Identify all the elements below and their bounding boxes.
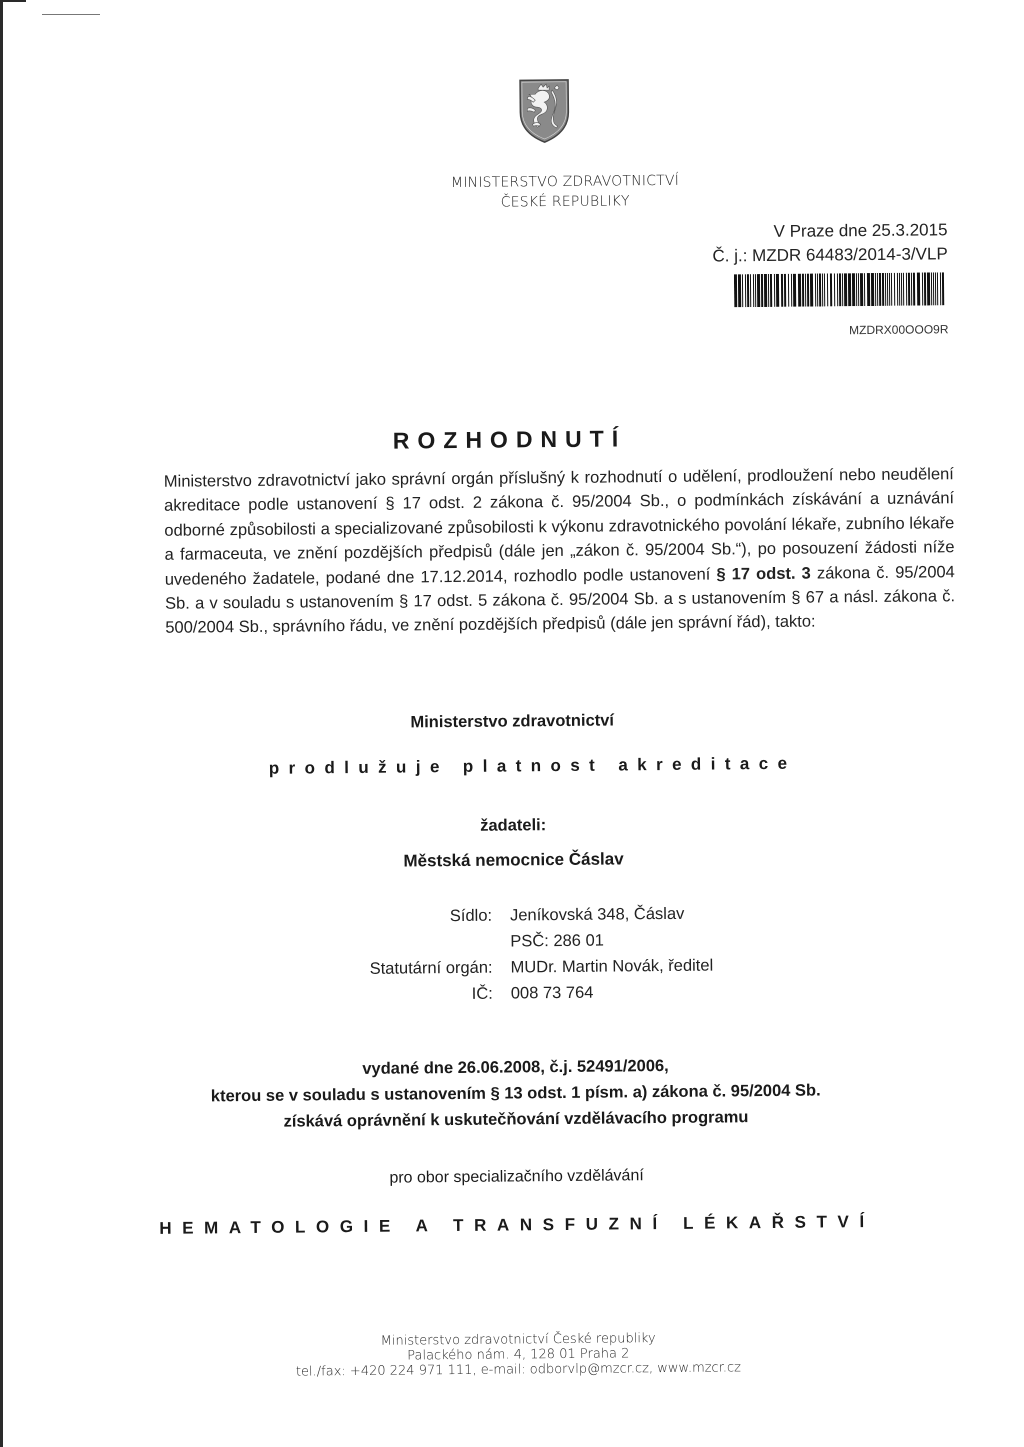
barcode bbox=[734, 272, 948, 307]
detail-value: 008 73 764 bbox=[511, 980, 594, 1007]
detail-value: MUDr. Martin Novák, ředitel bbox=[510, 953, 713, 981]
decision-preamble: Ministerstvo zdravotnictví jako správní … bbox=[164, 462, 956, 640]
ministry-country: ČESKÉ REPUBLIKY bbox=[395, 190, 735, 213]
case-number: Č. j.: MZDR 64483/2014-3/VLP bbox=[712, 242, 948, 268]
document-title: ROZHODNUTÍ bbox=[0, 422, 1022, 459]
reference-block: V Praze dne 25.3.2015 Č. j.: MZDR 64483/… bbox=[712, 218, 948, 268]
detail-value: Jeníkovská 348, Čáslav bbox=[510, 901, 685, 929]
detail-label: Statutární orgán: bbox=[302, 954, 510, 982]
detail-row: PSČ: 286 01 bbox=[302, 927, 713, 957]
footer-contact: Ministerstvo zdravotnictví České republi… bbox=[6, 1328, 1024, 1383]
detail-label bbox=[302, 928, 510, 956]
detail-row: Sídlo: Jeníkovská 348, Čáslav bbox=[302, 901, 713, 931]
program-intro: pro obor specializačního vzdělávání bbox=[5, 1164, 1024, 1192]
issuer-name: Ministerstvo zdravotnictví bbox=[0, 708, 1024, 737]
barcode-id: MZDRX00OOO9R bbox=[849, 322, 948, 337]
place-date: V Praze dne 25.3.2015 bbox=[712, 218, 948, 244]
detail-label: Sídlo: bbox=[302, 902, 510, 930]
ministry-header: MINISTERSTVO ZDRAVOTNICTVÍ ČESKÉ REPUBLI… bbox=[395, 170, 735, 213]
document-page: MINISTERSTVO ZDRAVOTNICTVÍ ČESKÉ REPUBLI… bbox=[0, 0, 1024, 1447]
applicant-name: Městská nemocnice Čáslav bbox=[1, 846, 1024, 876]
applicant-details: Sídlo: Jeníkovská 348, Čáslav PSČ: 286 0… bbox=[302, 901, 714, 1009]
preamble-bold-section: § 17 odst. 3 bbox=[716, 564, 811, 583]
czech-lion-coat-of-arms-icon bbox=[518, 78, 571, 144]
applicant-label: žadateli: bbox=[1, 812, 1024, 841]
scan-border-top bbox=[0, 0, 26, 2]
specialty-name: HEMATOLOGIE A TRANSFUZNÍ LÉKAŘSTVÍ bbox=[5, 1211, 1024, 1241]
detail-value: PSČ: 286 01 bbox=[510, 928, 604, 955]
decision-verb: prodlužuje platnost akreditace bbox=[21, 751, 1024, 781]
detail-row: IČ: 008 73 764 bbox=[303, 979, 714, 1009]
accreditation-issued-block: vydané dne 26.06.2008, č.j. 52491/2006, … bbox=[3, 1050, 1024, 1138]
detail-row: Statutární orgán: MUDr. Martin Novák, ře… bbox=[302, 953, 713, 983]
detail-label: IČ: bbox=[303, 980, 511, 1008]
